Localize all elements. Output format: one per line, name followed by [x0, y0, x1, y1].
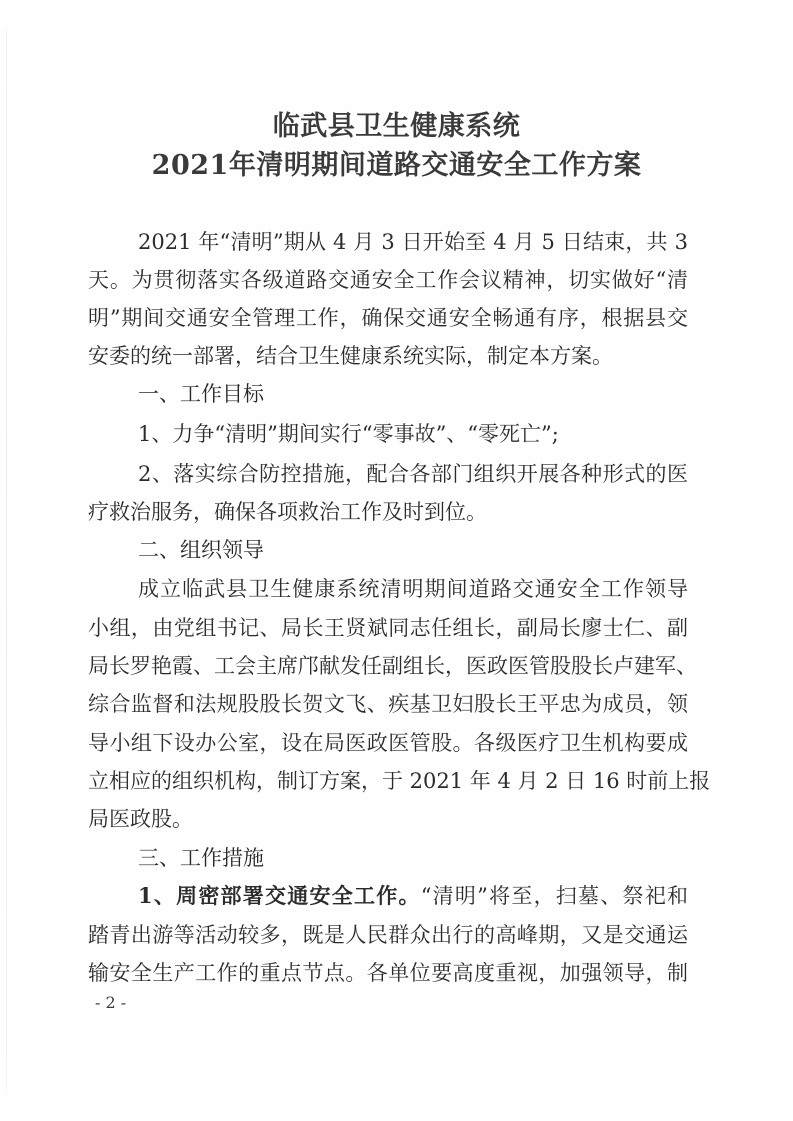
document-title-line1: 临武县卫生健康系统 — [0, 104, 793, 143]
section3-item1-first-line-rest: “清明”将至，扫墓、祭祀和 — [421, 884, 688, 908]
section1-heading: 一、工作目标 — [138, 380, 264, 408]
section3-heading: 三、工作措施 — [138, 844, 264, 872]
section2-line-2: 小组，由党组书记、局长王贤斌同志任组长，副局长廖士仁、副 — [88, 614, 688, 642]
section1-item2-line2: 疗救治服务，确保各项救治工作及时到位。 — [88, 498, 688, 526]
intro-line-2: 天。为贯彻落实各级道路交通安全工作会议精神，切实做好“清 — [88, 266, 688, 294]
section1-item2-line1: 2、落实综合防控措施，配合各部门组织开展各种形式的医 — [138, 460, 688, 488]
section2-line-7: 局医政股。 — [88, 805, 688, 833]
section3-item1-line1: 1、周密部署交通安全工作。“清明”将至，扫墓、祭祀和 — [138, 882, 688, 910]
section2-line-3: 局长罗艳霞、工会主席邝献发任副组长，医政医管股股长卢建军、 — [88, 652, 688, 680]
intro-line-3: 明”期间交通安全管理工作，确保交通安全畅通有序，根据县交 — [88, 304, 688, 332]
scan-edge-shadow — [6, 30, 7, 1090]
section3-item1-line3: 输安全生产工作的重点节点。各单位要高度重视，加强领导，制 — [88, 959, 688, 987]
section3-item1-bold-lead: 1、周密部署交通安全工作。 — [138, 883, 421, 908]
intro-line-1: 2021 年“清明”期从 4 月 3 日开始至 4 月 5 日结束，共 3 — [138, 228, 688, 256]
section2-heading: 二、组织领导 — [138, 536, 264, 564]
document-title-line2: 2021年清明期间道路交通安全工作方案 — [0, 143, 793, 182]
section2-line-1: 成立临武县卫生健康系统清明期间道路交通安全工作领导 — [138, 575, 688, 603]
section1-item1: 1、力争“清明”期间实行“零事故”、“零死亡”; — [138, 420, 688, 448]
section3-item1-line2: 踏青出游等活动较多，既是人民群众出行的高峰期，又是交通运 — [88, 921, 688, 949]
document-page: 临武县卫生健康系统 2021年清明期间道路交通安全工作方案 2021 年“清明”… — [0, 0, 793, 1121]
section2-line-4: 综合监督和法规股股长贺文飞、疾基卫妇股长王平忠为成员，领 — [88, 690, 688, 718]
page-number: - 2 - — [95, 993, 126, 1012]
section2-line-6: 立相应的组织机构，制订方案，于 2021 年 4 月 2 日 16 时前上报 — [88, 767, 688, 795]
intro-line-4: 安委的统一部署，结合卫生健康系统实际，制定本方案。 — [88, 342, 688, 370]
section2-line-5: 导小组下设办公室，设在局医政医管股。各级医疗卫生机构要成 — [88, 729, 688, 757]
